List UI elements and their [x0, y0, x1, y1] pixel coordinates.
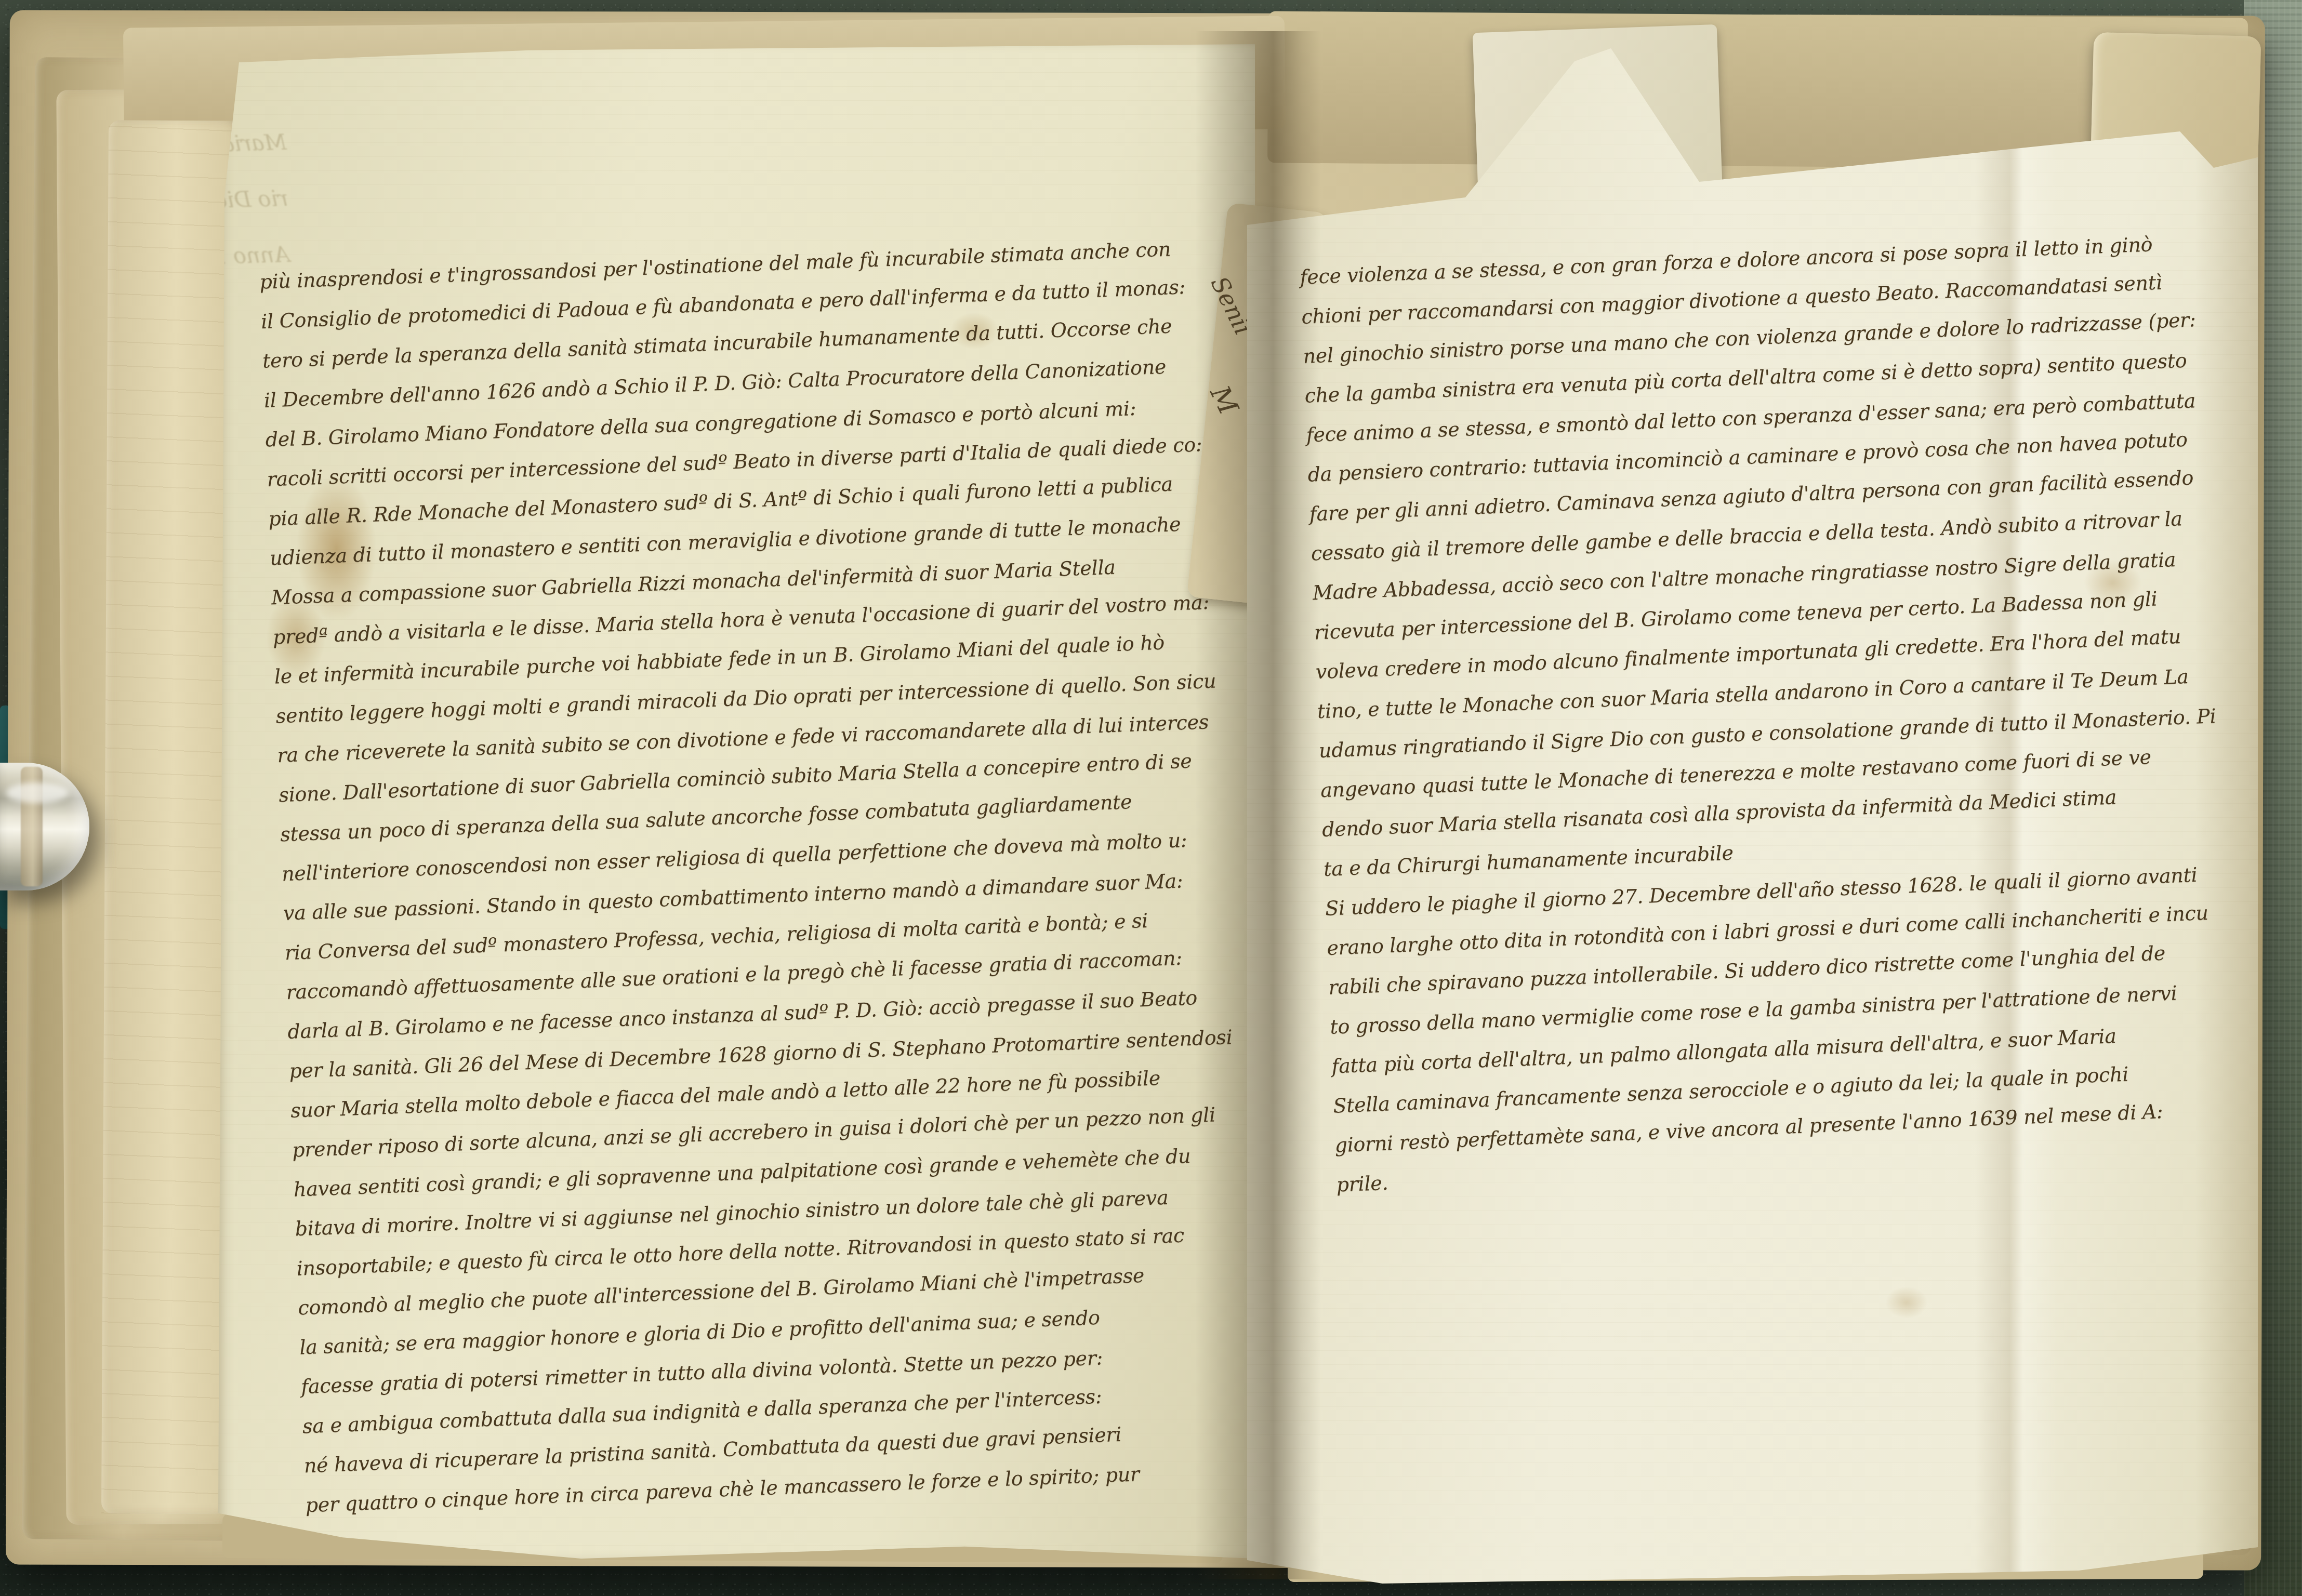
ink-stain	[1885, 1286, 1928, 1319]
manuscript-right-page: fece violenza a se stessa, e con gran fo…	[1247, 46, 2258, 1584]
right-page-text-block: fece violenza a se stessa, e con gran fo…	[1299, 220, 2258, 1205]
left-page-text-block: più inasprendosi e t'ingrossandosi per l…	[259, 225, 1255, 1525]
manuscript-left-page: Maria vicentina da Schio Maria stella Mo…	[218, 44, 1255, 1559]
glass-rod-paper-band	[21, 767, 43, 886]
